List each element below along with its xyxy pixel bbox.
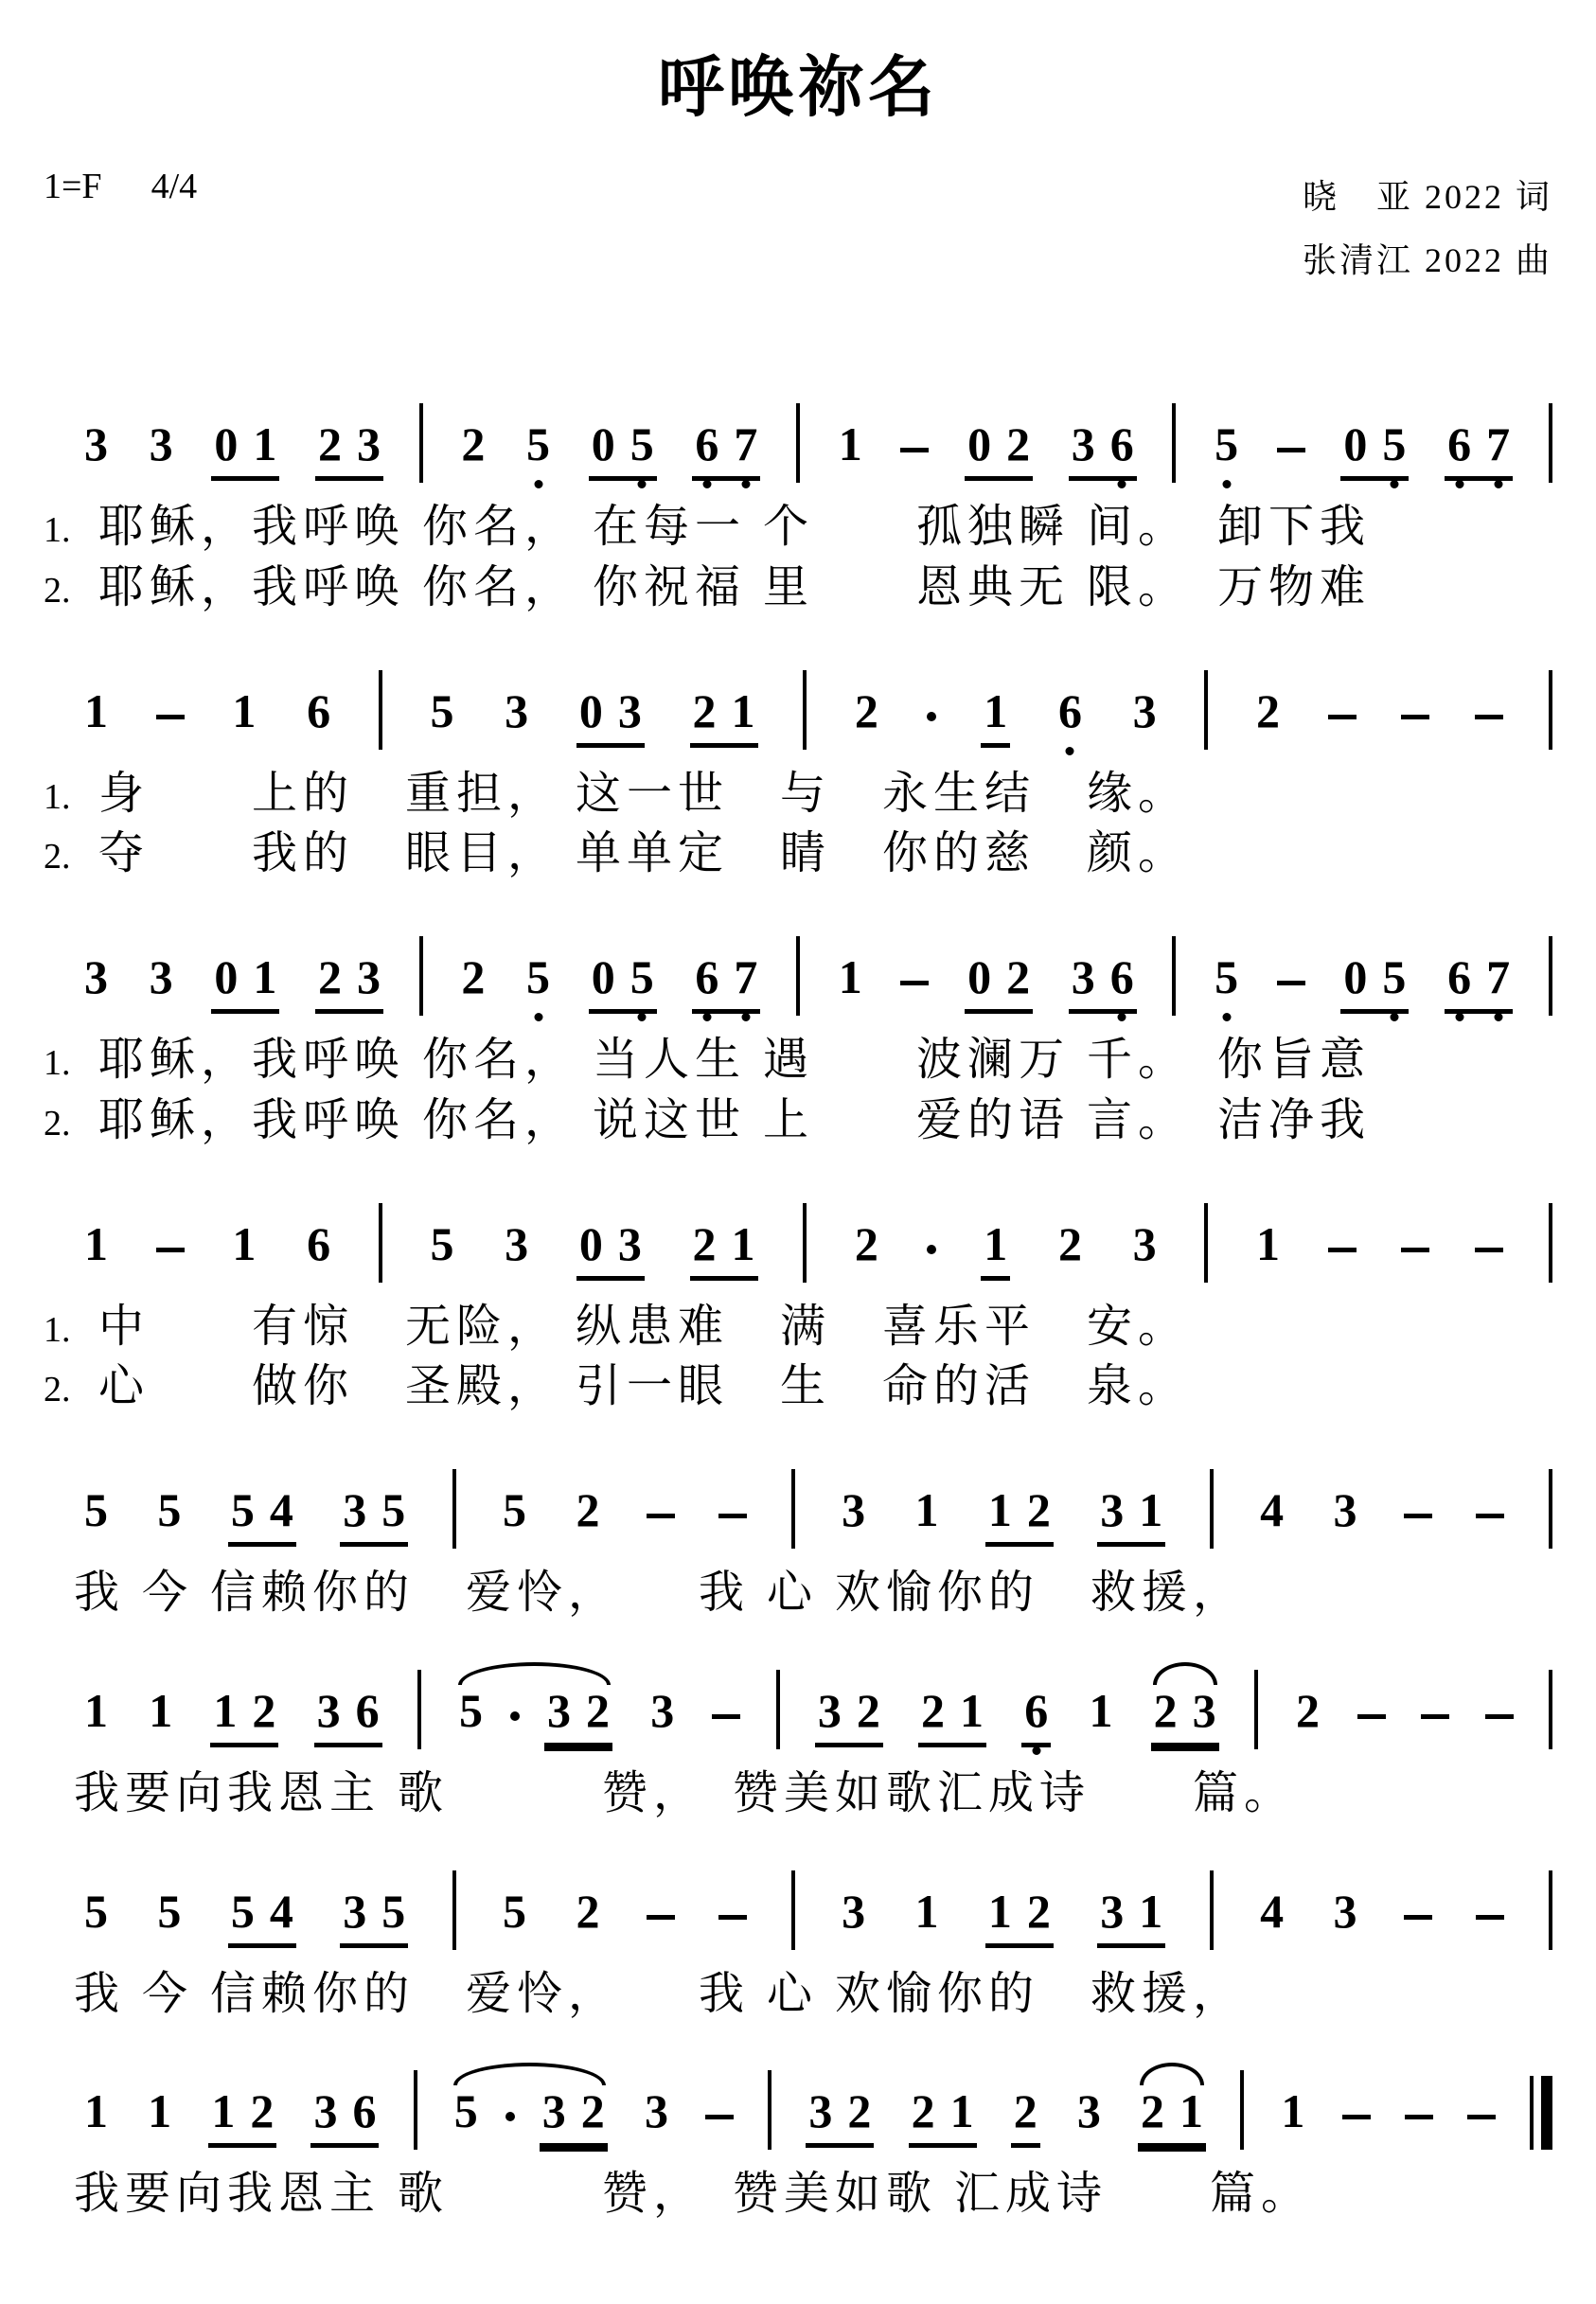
duration-dash xyxy=(900,981,929,985)
note-digit: 7 xyxy=(1486,420,1510,468)
note-digit: 1 xyxy=(732,687,755,735)
barline xyxy=(1204,670,1208,750)
note-group: 6 xyxy=(304,687,333,748)
music-system: 33012325056710236505671.耶稣，我呼唤 你名， 当人生 遇… xyxy=(44,923,1552,1146)
barline xyxy=(1549,1870,1552,1950)
note-group: 32 xyxy=(544,1687,612,1747)
composer-credit: 张清江 2022 曲 xyxy=(1303,229,1552,292)
note-group: 35 xyxy=(340,1888,408,1948)
music-system: 5554355231123143我 今 信赖你的 爱怜， 我 心 欢愉你的 救援… xyxy=(44,1857,1552,2020)
note-digit: 3 xyxy=(343,1888,366,1935)
note-digit: 6 xyxy=(1447,420,1471,468)
notation-row: 5554355231123143 xyxy=(44,1456,1552,1547)
slur-group: 21 xyxy=(1138,2063,1206,2148)
note-group: 2 xyxy=(1055,1220,1085,1281)
note-digit: 5 xyxy=(503,1888,526,1935)
duration-dash xyxy=(712,1714,740,1719)
duration-dash xyxy=(1405,2115,1433,2119)
note-digit: 5 xyxy=(454,2087,478,2135)
note-group: 05 xyxy=(589,420,657,481)
note-digit: 1 xyxy=(149,1687,172,1734)
note-group: 6 xyxy=(1021,1687,1051,1747)
rest-digit: 0 xyxy=(579,687,603,735)
note-group: 1 xyxy=(981,687,1010,748)
final-barline xyxy=(1530,2076,1552,2150)
note-group: 1 xyxy=(836,953,865,1014)
note-digit: 1 xyxy=(1139,1888,1162,1935)
barline xyxy=(379,1203,382,1283)
note-digit: 6 xyxy=(1024,1687,1048,1734)
note-digit: 5 xyxy=(1382,420,1406,468)
note-digit: 2 xyxy=(576,1486,599,1533)
note-group: 67 xyxy=(692,420,760,481)
note-group: 12 xyxy=(210,1687,278,1747)
note-digit: 3 xyxy=(84,953,108,1001)
note-group: 5 xyxy=(523,420,553,481)
note-digit: 5 xyxy=(503,1486,526,1533)
note-group: 21 xyxy=(918,1687,986,1747)
note-digit: 6 xyxy=(1110,953,1134,1001)
lyric-text: 耶稣，我呼唤 你名， 当人生 遇 波澜万 千。 你旨意 xyxy=(98,1035,1371,1086)
note-digit: 2 xyxy=(1154,1687,1178,1734)
note-digit: 4 xyxy=(1260,1486,1284,1533)
note-digit: 2 xyxy=(1058,1220,1082,1267)
barline xyxy=(1210,1469,1214,1549)
note-digit: 1 xyxy=(1256,1220,1280,1267)
note-group: 31 xyxy=(1097,1888,1165,1948)
rest-digit: 0 xyxy=(1343,420,1367,468)
duration-dash xyxy=(1342,2115,1371,2119)
note-digit: 3 xyxy=(1100,1486,1124,1533)
lyric-row: 我要向我恩主 歌 赞， 赞美如歌汇成诗 篇。 xyxy=(44,1768,1552,1819)
header-meta: 1=F 4/4 晓 亚 2022 词 张清江 2022 曲 xyxy=(44,166,1552,292)
barline xyxy=(1549,403,1552,483)
note-group: 3 xyxy=(642,2087,671,2148)
note-digit: 2 xyxy=(250,2087,274,2135)
note-digit: 1 xyxy=(960,1687,984,1734)
note-group: 12 xyxy=(985,1888,1054,1948)
augmentation-dot xyxy=(505,2112,515,2121)
duration-dash xyxy=(705,2115,734,2119)
note-group: 3 xyxy=(502,1220,531,1281)
note-group: 36 xyxy=(1069,953,1137,1014)
note-digit: 3 xyxy=(84,420,108,468)
note-digit: 7 xyxy=(734,420,757,468)
note-group: 32 xyxy=(806,2087,874,2148)
augmentation-dot xyxy=(510,1711,520,1721)
note-group: 1 xyxy=(81,1220,111,1281)
note-digit: 1 xyxy=(839,953,862,1001)
note-group: 54 xyxy=(228,1888,296,1948)
music-system: 116530321212311.中 有惊 无险， 纵患难 满 喜乐平 安。2.心… xyxy=(44,1190,1552,1413)
note-digit: 3 xyxy=(343,1486,366,1533)
note-group: 1 xyxy=(81,687,111,748)
note-group: 5 xyxy=(427,687,456,748)
duration-dash xyxy=(1476,1514,1504,1518)
note-group: 3 xyxy=(839,1486,868,1547)
note-group: 1 xyxy=(1278,2087,1307,2148)
note-digit: 5 xyxy=(231,1888,255,1935)
barline xyxy=(419,403,423,483)
barline xyxy=(1172,403,1176,483)
note-group: 2 xyxy=(1011,2087,1040,2148)
note-group: 32 xyxy=(540,2087,608,2148)
note-group: 3 xyxy=(839,1888,868,1948)
note-group: 21 xyxy=(690,687,758,748)
note-group: 6 xyxy=(304,1220,333,1281)
note-group: 12 xyxy=(208,2087,276,2148)
verse-number: 1. xyxy=(44,1309,98,1351)
duration-dash xyxy=(1328,1248,1357,1252)
note-digit: 1 xyxy=(253,953,276,1001)
barline xyxy=(803,1203,807,1283)
music-system: 116530321216321.身 上的 重担， 这一世 与 永生结 缘。2.夺… xyxy=(44,657,1552,880)
note-digit: 1 xyxy=(988,1486,1012,1533)
note-digit: 5 xyxy=(231,1486,255,1533)
rest-digit: 0 xyxy=(967,420,991,468)
note-digit: 3 xyxy=(317,1687,341,1734)
note-digit: 5 xyxy=(84,1888,108,1935)
note-group: 2 xyxy=(852,687,881,748)
barline xyxy=(1549,1203,1552,1283)
note-digit: 4 xyxy=(270,1486,293,1533)
note-digit: 2 xyxy=(1256,687,1280,735)
note-digit: 3 xyxy=(357,953,381,1001)
final-barline-thick-stroke xyxy=(1541,2076,1552,2150)
note-digit: 1 xyxy=(232,687,256,735)
note-group: 1 xyxy=(836,420,865,481)
rest-digit: 0 xyxy=(967,953,991,1001)
lyric-text: 耶稣，我呼唤 你名， 你祝福 里 恩典无 限。 万物难 xyxy=(98,562,1371,613)
duration-dash xyxy=(1277,981,1305,985)
note-digit: 3 xyxy=(618,687,642,735)
slur-group: 532 xyxy=(452,2063,608,2148)
note-digit: 1 xyxy=(213,1687,237,1734)
note-group: 01 xyxy=(211,420,279,481)
barline xyxy=(1254,1670,1258,1749)
note-digit: 3 xyxy=(150,953,173,1001)
note-digit: 3 xyxy=(818,1687,842,1734)
duration-dash xyxy=(1404,1915,1432,1920)
note-group: 5 xyxy=(81,1486,111,1547)
note-digit: 2 xyxy=(461,953,485,1001)
barline xyxy=(791,1469,795,1549)
augmentation-dot xyxy=(927,1245,936,1254)
note-digit: 2 xyxy=(1006,953,1030,1001)
note-digit: 3 xyxy=(1100,1888,1124,1935)
note-group: 21 xyxy=(1138,2087,1206,2148)
note-digit: 1 xyxy=(839,420,862,468)
note-digit: 1 xyxy=(253,420,276,468)
note-digit: 2 xyxy=(1296,1687,1320,1734)
lyric-text: 我要向我恩主 歌 赞， 赞美如歌 汇成诗 篇。 xyxy=(74,2169,1312,2220)
credits-block: 晓 亚 2022 词 张清江 2022 曲 xyxy=(1303,166,1552,292)
barline xyxy=(1240,2070,1244,2150)
note-digit: 3 xyxy=(842,1486,865,1533)
note-group: 5 xyxy=(154,1486,184,1547)
barline xyxy=(776,1670,780,1749)
note-digit: 6 xyxy=(1447,953,1471,1001)
duration-dash xyxy=(1467,2115,1496,2119)
verse-number: 1. xyxy=(44,509,98,551)
duration-dash xyxy=(1485,1714,1514,1719)
note-group: 5 xyxy=(1212,953,1241,1014)
lyric-row: 我 今 信赖你的 爱怜， 我 心 欢愉你的 救援， xyxy=(44,1969,1552,2020)
song-title: 呼唤祢名 xyxy=(44,34,1552,130)
note-digit: 5 xyxy=(84,1486,108,1533)
note-digit: 5 xyxy=(1215,420,1238,468)
barline xyxy=(419,936,423,1016)
note-group: 5 xyxy=(523,953,553,1014)
note-group: 3 xyxy=(502,687,531,748)
note-group: 31 xyxy=(1097,1486,1165,1547)
verse-number: 1. xyxy=(44,776,98,818)
duration-dash xyxy=(647,1915,675,1920)
note-group: 54 xyxy=(228,1486,296,1547)
note-digit: 2 xyxy=(318,953,342,1001)
lyric-text: 夺 我的 眼目， 单单定 睛 你的慈 颜。 xyxy=(98,828,1189,879)
note-group: 1 xyxy=(981,1220,1010,1281)
note-digit: 1 xyxy=(1179,2087,1203,2135)
note-digit: 3 xyxy=(542,2087,566,2135)
note-digit: 1 xyxy=(988,1888,1012,1935)
note-digit: 1 xyxy=(232,1220,256,1267)
note-group: 2 xyxy=(573,1486,602,1547)
verse-number: 2. xyxy=(44,836,98,877)
note-group: 36 xyxy=(310,2087,379,2148)
music-system: 1112365323322123211我要向我恩主 歌 赞， 赞美如歌 汇成诗 … xyxy=(44,2057,1552,2220)
note-digit: 5 xyxy=(1382,953,1406,1001)
note-group: 5 xyxy=(456,1687,486,1747)
note-digit: 5 xyxy=(430,687,453,735)
lyric-text: 耶稣，我呼唤 你名， 说这世 上 爱的语 言。 洁净我 xyxy=(98,1095,1371,1146)
barline xyxy=(414,2070,417,2150)
note-group: 03 xyxy=(576,687,645,748)
barline xyxy=(796,403,800,483)
lyric-row: 1.耶稣，我呼唤 你名， 在每一 个 孤独瞬 间。 卸下我 xyxy=(44,502,1552,553)
note-digit: 5 xyxy=(459,1687,483,1734)
lyricist-credit: 晓 亚 2022 词 xyxy=(1303,166,1552,229)
final-barline-thin-stroke xyxy=(1530,2076,1534,2150)
note-group: 3 xyxy=(1331,1888,1360,1948)
note-group: 05 xyxy=(589,953,657,1014)
note-digit: 3 xyxy=(313,2087,337,2135)
note-group: 3 xyxy=(1331,1486,1360,1547)
note-group: 36 xyxy=(1069,420,1137,481)
note-digit: 5 xyxy=(381,1888,405,1935)
duration-dash xyxy=(1475,1248,1503,1252)
note-group: 67 xyxy=(1445,953,1513,1014)
note-digit: 2 xyxy=(921,1687,945,1734)
key-time-block: 1=F 4/4 xyxy=(44,166,197,207)
note-digit: 5 xyxy=(526,420,550,468)
note-digit: 1 xyxy=(984,1220,1007,1267)
note-digit: 4 xyxy=(270,1888,293,1935)
lyric-row: 1.身 上的 重担， 这一世 与 永生结 缘。 xyxy=(44,769,1552,820)
barline xyxy=(452,1870,456,1950)
barline xyxy=(1204,1203,1208,1283)
note-group: 2 xyxy=(1253,687,1283,748)
note-group: 2 xyxy=(458,420,488,481)
lyric-row: 我 今 信赖你的 爱怜， 我 心 欢愉你的 救援， xyxy=(44,1568,1552,1619)
note-digit: 7 xyxy=(1486,953,1510,1001)
note-digit: 5 xyxy=(526,953,550,1001)
music-system: 5554355231123143我 今 信赖你的 爱怜， 我 心 欢愉你的 救援… xyxy=(44,1456,1552,1619)
note-digit: 1 xyxy=(984,687,1007,735)
note-digit: 4 xyxy=(1260,1888,1284,1935)
duration-dash xyxy=(647,1514,675,1518)
note-group: 02 xyxy=(965,420,1033,481)
note-digit: 2 xyxy=(1027,1486,1051,1533)
note-group: 67 xyxy=(692,953,760,1014)
slur-group: 23 xyxy=(1151,1662,1219,1747)
duration-dash xyxy=(1328,715,1357,719)
verse-number: 1. xyxy=(44,1042,98,1084)
note-digit: 3 xyxy=(842,1888,865,1935)
note-digit: 2 xyxy=(586,1687,610,1734)
note-group: 6 xyxy=(1055,687,1085,748)
note-group: 5 xyxy=(427,1220,456,1281)
note-digit: 2 xyxy=(693,1220,717,1267)
note-digit: 3 xyxy=(357,420,381,468)
note-digit: 1 xyxy=(211,2087,235,2135)
note-digit: 1 xyxy=(1281,2087,1304,2135)
note-digit: 2 xyxy=(912,2087,935,2135)
duration-dash xyxy=(156,1248,185,1252)
note-group: 32 xyxy=(815,1687,883,1747)
note-digit: 3 xyxy=(618,1220,642,1267)
duration-dash xyxy=(718,1514,747,1518)
notation-row: 3301232505671023650567 xyxy=(44,390,1552,481)
note-digit: 3 xyxy=(150,420,173,468)
duration-dash xyxy=(1421,1714,1449,1719)
note-digit: 6 xyxy=(695,953,718,1001)
note-group: 5 xyxy=(154,1888,184,1948)
sheet-music-page: 呼唤祢名 1=F 4/4 晓 亚 2022 词 张清江 2022 曲 33012… xyxy=(0,0,1596,2295)
duration-dash xyxy=(1277,448,1305,452)
note-group: 2 xyxy=(458,953,488,1014)
note-digit: 2 xyxy=(855,1220,878,1267)
note-group: 1 xyxy=(146,1687,175,1747)
lyric-row: 我要向我恩主 歌 赞， 赞美如歌 汇成诗 篇。 xyxy=(44,2169,1552,2220)
lyric-row: 1.中 有惊 无险， 纵患难 满 喜乐平 安。 xyxy=(44,1302,1552,1353)
verse-number: 2. xyxy=(44,570,98,611)
note-group: 67 xyxy=(1445,420,1513,481)
note-digit: 3 xyxy=(808,2087,832,2135)
note-group: 36 xyxy=(314,1687,382,1747)
note-digit: 6 xyxy=(307,1220,330,1267)
note-group: 3 xyxy=(147,420,176,481)
note-digit: 1 xyxy=(1139,1486,1162,1533)
note-digit: 5 xyxy=(430,1220,453,1267)
note-digit: 6 xyxy=(1110,420,1134,468)
note-digit: 3 xyxy=(1193,1687,1216,1734)
note-group: 2 xyxy=(573,1888,602,1948)
barline xyxy=(1549,936,1552,1016)
note-digit: 3 xyxy=(645,2087,668,2135)
note-group: 35 xyxy=(340,1486,408,1547)
note-digit: 2 xyxy=(461,420,485,468)
note-digit: 1 xyxy=(914,1486,938,1533)
note-digit: 2 xyxy=(1006,420,1030,468)
rest-digit: 0 xyxy=(592,420,615,468)
note-digit: 7 xyxy=(734,953,757,1001)
note-digit: 2 xyxy=(581,2087,605,2135)
note-group: 3 xyxy=(647,1687,677,1747)
note-group: 12 xyxy=(985,1486,1054,1547)
note-group: 23 xyxy=(1151,1687,1219,1747)
note-digit: 2 xyxy=(1141,2087,1164,2135)
notation-row: 1112365323322161232 xyxy=(44,1657,1552,1747)
note-digit: 5 xyxy=(381,1486,405,1533)
duration-dash xyxy=(1401,1248,1429,1252)
note-group: 1 xyxy=(81,1687,111,1747)
augmentation-dot xyxy=(927,712,936,721)
note-group: 23 xyxy=(315,420,383,481)
note-digit: 6 xyxy=(1058,687,1082,735)
note-digit: 1 xyxy=(84,1220,108,1267)
barline xyxy=(417,1670,421,1749)
barline xyxy=(1549,1469,1552,1549)
note-group: 2 xyxy=(1293,1687,1322,1747)
rest-digit: 0 xyxy=(592,953,615,1001)
barline xyxy=(379,670,382,750)
lyric-text: 中 有惊 无险， 纵患难 满 喜乐平 安。 xyxy=(98,1302,1189,1353)
note-group: 1 xyxy=(1086,1687,1115,1747)
barline xyxy=(803,670,807,750)
note-group: 3 xyxy=(147,953,176,1014)
note-digit: 3 xyxy=(1072,953,1095,1001)
lyric-row: 2.心 做你 圣殿， 引一眼 生 命的活 泉。 xyxy=(44,1361,1552,1412)
note-group: 1 xyxy=(912,1888,941,1948)
note-digit: 2 xyxy=(693,687,717,735)
note-digit: 3 xyxy=(650,1687,674,1734)
note-group: 5 xyxy=(500,1486,529,1547)
note-group: 02 xyxy=(965,953,1033,1014)
duration-dash xyxy=(900,448,929,452)
rest-digit: 0 xyxy=(214,953,238,1001)
lyric-row: 2.夺 我的 眼目， 单单定 睛 你的慈 颜。 xyxy=(44,828,1552,879)
verse-number: 2. xyxy=(44,1103,98,1144)
duration-dash xyxy=(1357,1714,1386,1719)
score: 33012325056710236505671.耶稣，我呼唤 你名， 在每一 个… xyxy=(44,390,1552,2220)
lyric-row: 2.耶稣，我呼唤 你名， 说这世 上 爱的语 言。 洁净我 xyxy=(44,1095,1552,1146)
note-digit: 3 xyxy=(1334,1486,1357,1533)
note-digit: 5 xyxy=(630,953,654,1001)
note-digit: 3 xyxy=(505,1220,528,1267)
note-digit: 2 xyxy=(1014,2087,1037,2135)
note-group: 1 xyxy=(81,2087,111,2148)
note-digit: 1 xyxy=(148,2087,171,2135)
barline xyxy=(768,2070,771,2150)
note-digit: 2 xyxy=(252,1687,275,1734)
note-digit: 1 xyxy=(1089,1687,1112,1734)
time-signature: 4/4 xyxy=(151,166,198,207)
note-group: 01 xyxy=(211,953,279,1014)
lyric-row: 2.耶稣，我呼唤 你名， 你祝福 里 恩典无 限。 万物难 xyxy=(44,562,1552,613)
note-group: 3 xyxy=(81,420,111,481)
note-group: 3 xyxy=(81,953,111,1014)
duration-dash xyxy=(1475,715,1503,719)
note-digit: 1 xyxy=(84,687,108,735)
lyric-text: 耶稣，我呼唤 你名， 在每一 个 孤独瞬 间。 卸下我 xyxy=(98,502,1371,553)
rest-digit: 0 xyxy=(1343,953,1367,1001)
note-group: 5 xyxy=(1212,420,1241,481)
note-group: 03 xyxy=(576,1220,645,1281)
note-group: 1 xyxy=(229,1220,258,1281)
note-group: 5 xyxy=(452,2087,481,2148)
note-group: 23 xyxy=(315,953,383,1014)
